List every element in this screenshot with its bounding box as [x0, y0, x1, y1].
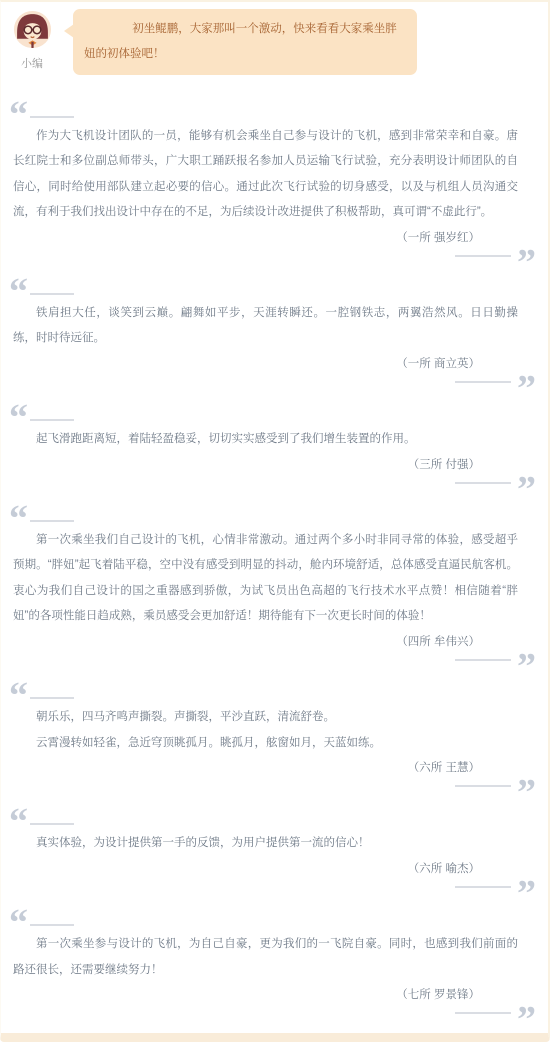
close-quote-icon: ” — [517, 781, 534, 806]
quote-divider-line — [30, 924, 74, 926]
quote-text: 起飞滑跑距离短，着陆轻盈稳妥，切切实实感受到了我们增生装置的作用。 — [1, 427, 548, 452]
speech-bubble-text: 初坐鲲鹏，大家那叫一个激动，快来看看大家乘坐胖妞的初体验吧！ — [84, 17, 406, 67]
open-quote-decoration: “ — [1, 402, 548, 427]
close-quote-icon: ” — [517, 1008, 534, 1033]
quote-text: 朝乐乐，四马齐鸣声撕裂。声撕裂，平沙直跃，清流舒卷。 — [1, 705, 548, 730]
close-quote-icon: ” — [517, 882, 534, 907]
quote-attribution: （六所 王慧） — [1, 756, 548, 781]
close-quote-decoration: ” — [1, 1008, 548, 1033]
open-quote-icon: “ — [9, 907, 26, 932]
open-quote-decoration: “ — [1, 680, 548, 705]
close-quote-decoration: ” — [1, 882, 548, 907]
quote-divider-line — [455, 482, 511, 484]
quote-attribution: （六所 喻杰） — [1, 857, 548, 882]
open-quote-icon: “ — [9, 680, 26, 705]
quote-block-1: “ 作为大飞机设计团队的一员，能够有机会乘坐自己参与设计的飞机，感到非常荣幸和自… — [1, 99, 548, 276]
quote-text: 第一次乘坐我们自己设计的飞机，心情非常激动。通过两个多小时非同寻常的体验，感受超… — [1, 528, 548, 630]
article-frame: 小编 初坐鲲鹏，大家那叫一个激动，快来看看大家乘坐胖妞的初体验吧！ “ 作为大飞… — [0, 0, 550, 1042]
quote-divider-line — [30, 116, 74, 118]
quote-text: 铁肩担大任，谈笑到云巅。翩舞如平步，天涯转瞬还。一腔钢铁志，两翼浩然风。日日勤操… — [1, 301, 548, 352]
quote-divider-line — [455, 381, 511, 383]
quote-divider-line — [455, 785, 511, 787]
close-quote-icon: ” — [517, 655, 534, 680]
quote-divider-line — [455, 255, 511, 257]
close-quote-icon: ” — [517, 377, 534, 402]
open-quote-icon: “ — [9, 276, 26, 301]
editor-speech-bubble: 初坐鲲鹏，大家那叫一个激动，快来看看大家乘坐胖妞的初体验吧！ — [73, 9, 417, 75]
open-quote-icon: “ — [9, 99, 26, 124]
quote-block-7: “ 第一次乘坐参与设计的飞机，为自己自豪，更为我们的一飞院自豪。同时，也感到我们… — [1, 907, 548, 1033]
close-quote-icon: ” — [517, 478, 534, 503]
quote-text: 真实体验，为设计提供第一手的反馈，为用户提供第一流的信心！ — [1, 831, 548, 856]
close-quote-icon: ” — [517, 251, 534, 276]
quote-divider-line — [30, 293, 74, 295]
quote-attribution: （七所 罗景锋） — [1, 983, 548, 1008]
open-quote-icon: “ — [9, 402, 26, 427]
quote-divider-line — [455, 886, 511, 888]
quote-block-4: “ 第一次乘坐我们自己设计的飞机，心情非常激动。通过两个多小时非同寻常的体验，感… — [1, 503, 548, 680]
editor-header: 小编 初坐鲲鹏，大家那叫一个激动，快来看看大家乘坐胖妞的初体验吧！ — [1, 9, 548, 99]
quote-block-5: “ 朝乐乐，四马齐鸣声撕裂。声撕裂，平沙直跃，清流舒卷。 云霄漫转如轻雀，急近穹… — [1, 680, 548, 806]
quote-attribution: （三所 付强） — [1, 453, 548, 478]
quote-text: 云霄漫转如轻雀，急近穹顶眺孤月。眺孤月，舷窗如月，天蓝如练。 — [1, 731, 548, 756]
close-quote-decoration: ” — [1, 655, 548, 680]
quote-block-6: “ 真实体验，为设计提供第一手的反馈，为用户提供第一流的信心！ （六所 喻杰） … — [1, 806, 548, 907]
quote-divider-line — [455, 1012, 511, 1014]
open-quote-decoration: “ — [1, 276, 548, 301]
close-quote-decoration: ” — [1, 478, 548, 503]
quote-block-3: “ 起飞滑跑距离短，着陆轻盈稳妥，切切实实感受到了我们增生装置的作用。 （三所 … — [1, 402, 548, 503]
quote-attribution: （一所 商立英） — [1, 352, 548, 377]
quote-divider-line — [30, 823, 74, 825]
quote-block-2: “ 铁肩担大任，谈笑到云巅。翩舞如平步，天涯转瞬还。一腔钢铁志，两翼浩然风。日日… — [1, 276, 548, 402]
quote-text: 作为大飞机设计团队的一员，能够有机会乘坐自己参与设计的飞机，感到非常荣幸和自豪。… — [1, 124, 548, 226]
avatar-column: 小编 — [10, 9, 54, 71]
quote-divider-line — [30, 419, 74, 421]
open-quote-decoration: “ — [1, 503, 548, 528]
close-quote-decoration: ” — [1, 377, 548, 402]
quote-attribution: （四所 牟伟兴） — [1, 630, 548, 655]
open-quote-decoration: “ — [1, 907, 548, 932]
close-quote-decoration: ” — [1, 781, 548, 806]
open-quote-icon: “ — [9, 806, 26, 831]
quote-divider-line — [30, 520, 74, 522]
quote-attribution: （一所 强岁红） — [1, 226, 548, 251]
open-quote-decoration: “ — [1, 806, 548, 831]
quote-text: 第一次乘坐参与设计的飞机，为自己自豪，更为我们的一飞院自豪。同时，也感到我们前面… — [1, 932, 548, 983]
open-quote-icon: “ — [9, 503, 26, 528]
open-quote-decoration: “ — [1, 99, 548, 124]
avatar-label: 小编 — [10, 55, 54, 71]
close-quote-decoration: ” — [1, 251, 548, 276]
quote-divider-line — [30, 697, 74, 699]
editor-avatar-icon — [14, 11, 51, 48]
quote-divider-line — [455, 659, 511, 661]
